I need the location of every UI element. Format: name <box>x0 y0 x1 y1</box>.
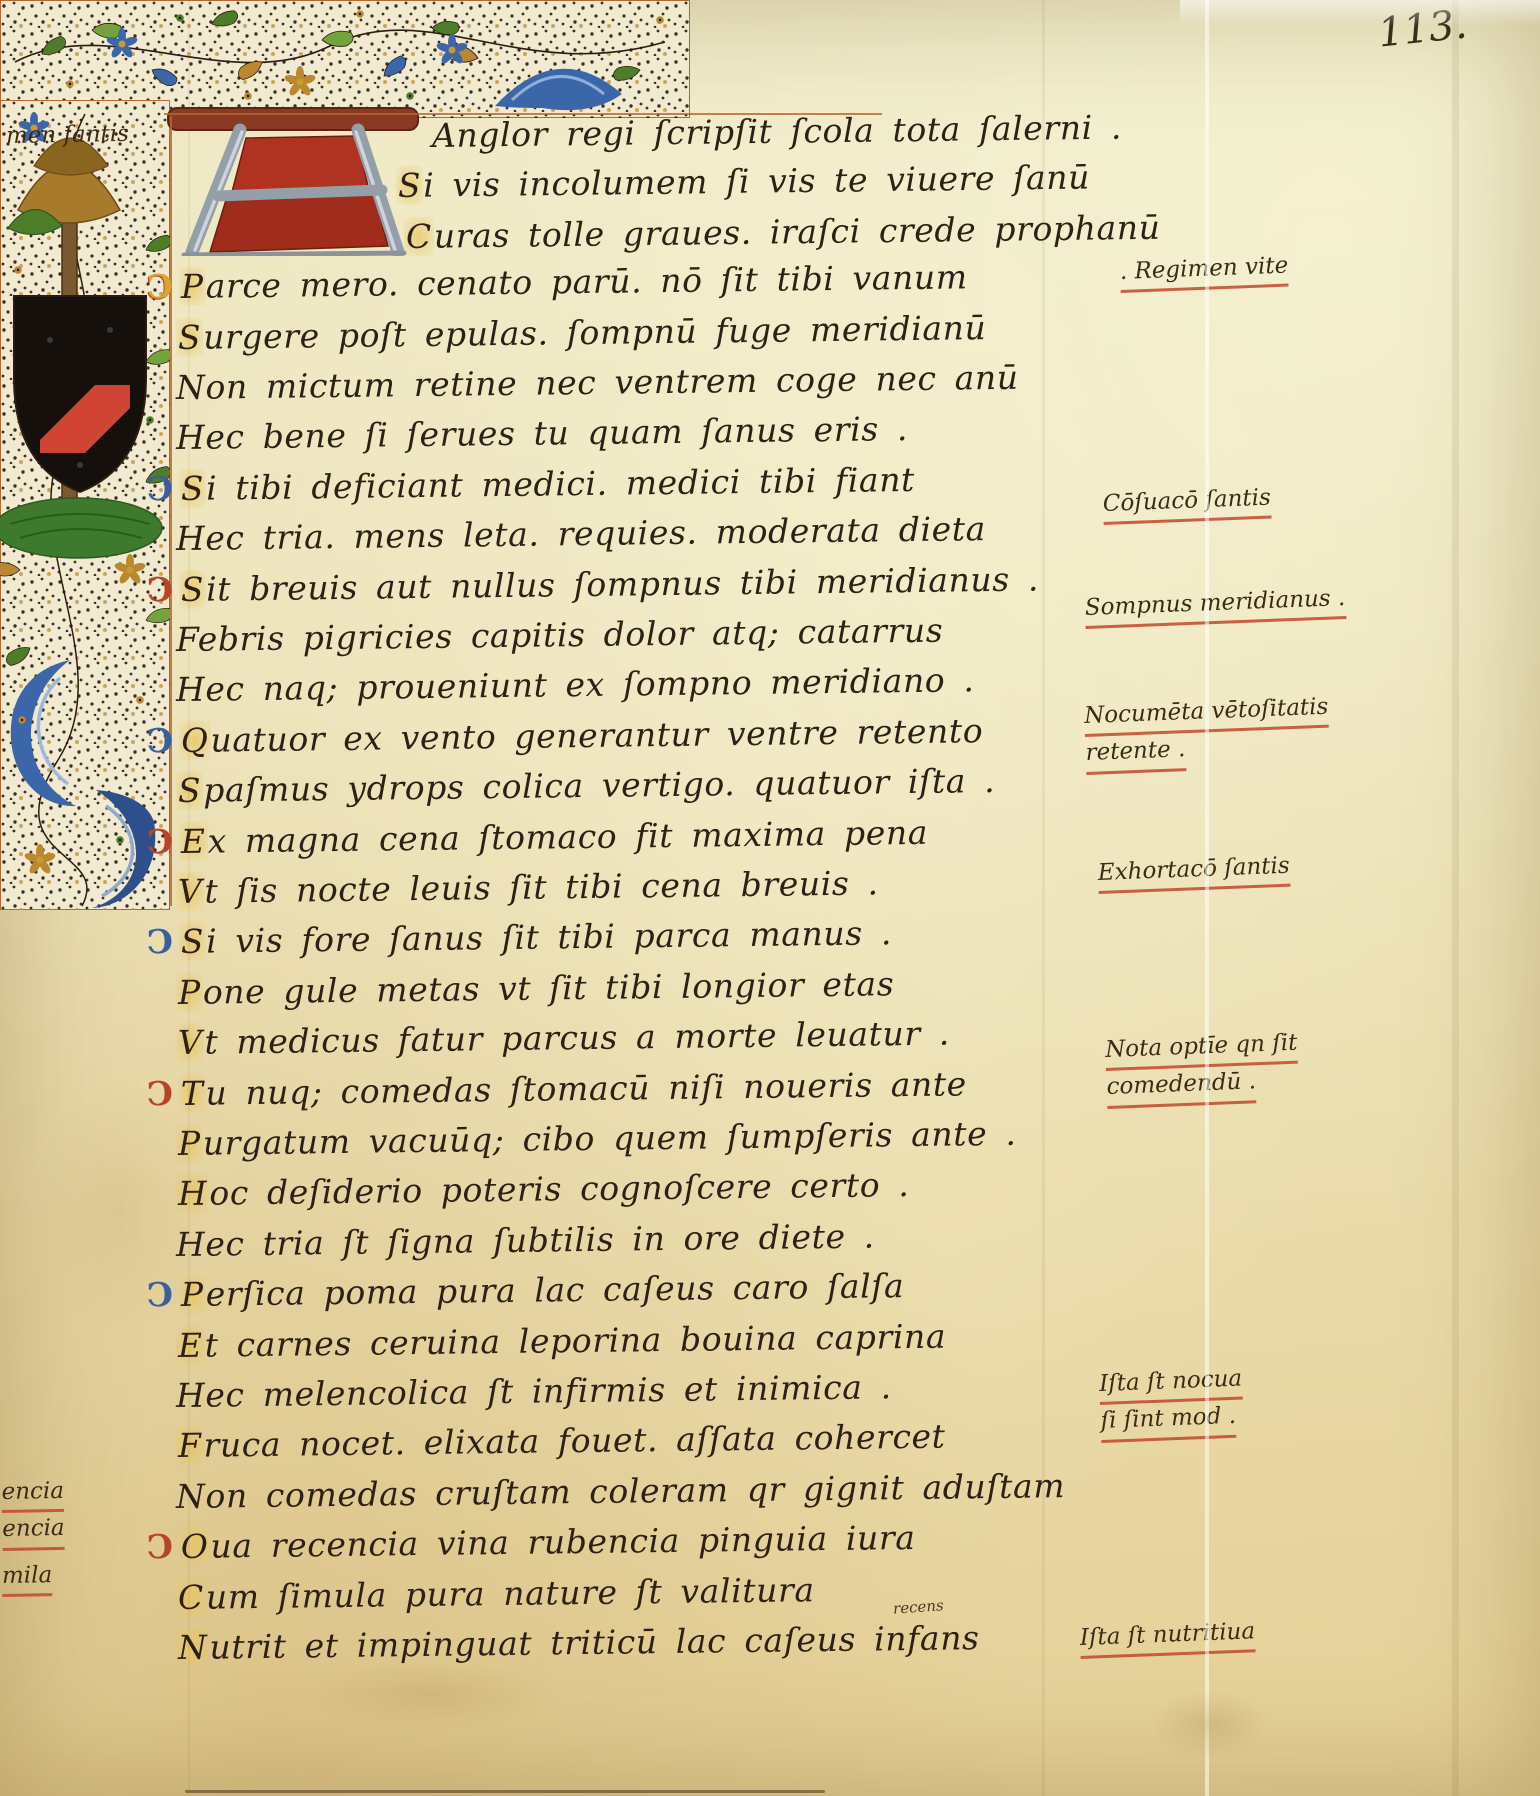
gold-touched-initial: N <box>176 1628 210 1667</box>
margin-note-text: Cōſuacō ſantis <box>1102 482 1271 526</box>
margin-note: Iſta ſt nutritiua <box>1079 1615 1256 1659</box>
gold-touched-initial: S <box>396 166 424 205</box>
gold-touched-initial: P <box>176 1124 203 1163</box>
page-bottom-edge <box>185 1790 825 1793</box>
manuscript-line: CEx magna cena ſtomaco fit maxima pena <box>176 812 928 860</box>
manuscript-line: Hoc deſiderio poteris cognoſcere certo . <box>176 1165 910 1213</box>
margin-note-text: Sompnus meridianus . <box>1084 582 1346 629</box>
margin-note-text: retente . <box>1085 734 1186 775</box>
gold-touched-initial: O <box>179 1527 211 1566</box>
manuscript-line: Hec tria ſt ſigna ſubtilis in ore diete … <box>176 1216 875 1264</box>
manuscript-line: Anglor regi ſcripſit ſcola tota ſalerni … <box>432 108 1122 155</box>
paragraph-mark-icon: C <box>146 1527 173 1566</box>
gold-touched-initial: H <box>176 1174 210 1213</box>
manuscript-line: Hec tria. mens leta. requies. moderata d… <box>176 509 986 558</box>
manuscript-line: Si vis incolumem ſi vis te viuere ſanū <box>396 158 1090 205</box>
gold-touched-initial: S <box>179 922 207 961</box>
gold-touched-initial: S <box>179 468 207 507</box>
margin-note-text: Iſta ſt nocua <box>1099 1363 1243 1406</box>
grass-mound <box>0 498 162 558</box>
margin-note: Sompnus meridianus . <box>1084 582 1346 629</box>
manuscript-line: Hec naq; proueniunt ex ſompno meridiano … <box>176 661 975 710</box>
margin-note-text: encia <box>1 1475 64 1513</box>
margin-note-text: Nota optīe qn ſit <box>1105 1027 1299 1072</box>
gold-touched-initial: S <box>176 317 204 356</box>
gold-touched-initial: V <box>176 1023 205 1062</box>
margin-note-text: encia <box>2 1512 65 1550</box>
margin-note-text: Exhortacō ſantis <box>1097 850 1290 895</box>
manuscript-line: CQuatuor ex vento generantur ventre rete… <box>176 711 984 760</box>
ruling-line-left <box>170 116 172 906</box>
gold-touched-initial: F <box>176 1426 204 1465</box>
paragraph-mark-icon: C <box>146 469 173 508</box>
parchment-crease <box>1042 0 1045 1796</box>
paragraph-mark-icon: C <box>146 922 173 961</box>
manuscript-line: Cum ſimula pura nature ſt valitura <box>176 1570 815 1617</box>
margin-note: Nocumēta vētoſitatisretente . <box>1084 691 1331 775</box>
gold-touched-initial: S <box>176 771 204 810</box>
margin-note: Iſta ſt nocuaſi ſint mod . <box>1099 1363 1245 1443</box>
manuscript-line: CSi vis fore ſanus ſit tibi parca manus … <box>176 914 892 962</box>
manuscript-line: Nutrit et impinguat triticū lac caſeus i… <box>176 1618 980 1667</box>
gold-touched-initial: C <box>404 216 434 255</box>
margin-note-text: men ſantis <box>6 121 129 149</box>
parchment-stain <box>300 1660 560 1730</box>
manuscript-line: COua recencia vina rubencia pinguia iura <box>176 1518 916 1566</box>
paragraph-mark-icon: C <box>146 822 173 861</box>
manuscript-line: CSit breuis aut nullus ſompnus tibi meri… <box>176 559 1039 609</box>
margin-note-text: Iſta ſt nutritiua <box>1079 1615 1256 1659</box>
manuscript-line: Purgatum vacuūq; cibo quem ſumpſeris ant… <box>176 1114 1017 1163</box>
manuscript-line: Non mictum retine nec ventrem coge nec a… <box>176 358 1019 407</box>
margin-note-text: ſi ſint mod . <box>1100 1400 1237 1443</box>
paragraph-mark-icon: C <box>146 1275 173 1314</box>
manuscript-page: 113. Anglor regi ſcripſit ſcola tota ſal… <box>0 0 1540 1796</box>
manuscript-line: CPerſica poma pura lac caſeus caro ſalſa <box>176 1266 905 1314</box>
gold-touched-initial: C <box>176 1577 206 1616</box>
paragraph-mark-icon: C <box>146 721 173 760</box>
border-left-strip <box>0 100 170 910</box>
manuscript-line: Hec bene ſi ſerues tu quam ſanus eris . <box>176 409 908 457</box>
manuscript-line: Curas tolle graues. iraſci crede prophan… <box>404 208 1161 256</box>
manuscript-line: CSi tibi deficiant medici. medici tibi f… <box>176 460 915 508</box>
margin-note: Nota optīe qn ſitcomedendū . <box>1105 1027 1300 1109</box>
paragraph-mark-icon: C <box>146 1074 173 1113</box>
gold-touched-initial: E <box>179 821 208 860</box>
manuscript-line: CTu nuq; comedas ſtomacū niſi noueris an… <box>176 1064 967 1113</box>
manuscript-line: Vt medicus fatur parcus a morte leuatur … <box>176 1014 950 1062</box>
manuscript-line: Et carnes ceruina leporina bouina caprin… <box>176 1316 947 1364</box>
margin-note: Cōſuacō ſantis <box>1102 482 1271 526</box>
paragraph-mark-icon: C <box>146 570 173 609</box>
gold-touched-initial: Q <box>179 720 211 759</box>
manuscript-line: Hec melencolica ſt infirmis et inimica . <box>176 1367 892 1415</box>
margin-note-text: . Regimen vite <box>1119 250 1289 294</box>
margin-note: . Regimen vite <box>1119 250 1289 294</box>
gold-touched-initial: P <box>176 972 203 1011</box>
margin-note: Exhortacō ſantis <box>1097 850 1290 895</box>
gold-touched-initial: T <box>179 1073 206 1112</box>
margin-note: mila <box>2 1559 53 1597</box>
margin-note-text: comedendū . <box>1106 1066 1257 1109</box>
gold-touched-initial: S <box>179 569 207 608</box>
margin-note-text: mila <box>2 1559 53 1597</box>
gold-touched-initial: V <box>176 872 205 911</box>
illuminated-initial-A <box>162 104 424 256</box>
page-corner-highlight <box>1180 0 1540 26</box>
manuscript-line: Febris pigricies capitis dolor atq; cata… <box>176 611 944 659</box>
interlinear-gloss: recens <box>892 1596 944 1617</box>
gold-touched-initial: P <box>179 1275 206 1314</box>
manuscript-line: Fruca nocet. elixata fouet. aſſata coher… <box>176 1417 946 1465</box>
gold-touched-initial: P <box>179 267 206 306</box>
manuscript-line: Non comedas cruſtam coleram qr gignit ad… <box>176 1466 1066 1516</box>
manuscript-line: Pone gule metas vt ſit tibi longior etas <box>176 964 895 1012</box>
manuscript-line: Vt ſis nocte leuis ſit tibi cena breuis … <box>176 863 879 911</box>
paragraph-mark-icon: C <box>146 267 173 306</box>
margin-note: enciaencia <box>1 1475 65 1551</box>
parchment-crease <box>1452 0 1459 1796</box>
parchment-stain <box>1150 1690 1270 1760</box>
gold-touched-initial: E <box>176 1325 205 1364</box>
manuscript-line: Surgere poſt epulas. ſompnū fuge meridia… <box>176 308 987 357</box>
margin-note: men ſantis <box>6 118 130 153</box>
manuscript-line: Spaſmus ydrops colica vertigo. quatuor i… <box>176 761 996 810</box>
manuscript-line: CParce mero. cenato parū. nō ſit tibi va… <box>176 258 968 307</box>
